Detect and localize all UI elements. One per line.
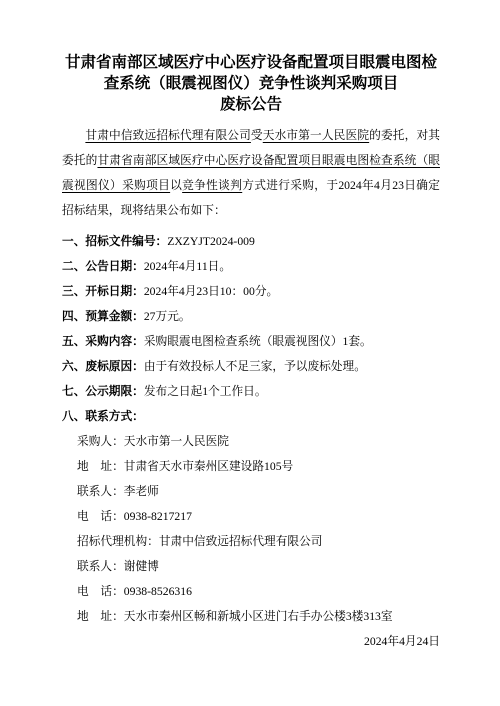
intro-segment: 受	[251, 129, 263, 142]
contact-purchaser: 采购人：天水市第一人民医院	[77, 429, 440, 454]
contact-value: 李老师	[124, 485, 159, 498]
item-value: 2024年4月11日。	[144, 260, 231, 273]
contact-label: 电 话：	[77, 585, 124, 598]
intro-segment: 以	[170, 179, 182, 192]
item-label: 二、公告日期：	[62, 260, 144, 273]
intro-segment-purchaser-name: 天水市第一人民医院	[263, 129, 369, 142]
contact-agency: 招标代理机构：甘肃中信致远招标代理有限公司	[77, 529, 440, 554]
item-cancellation-reason: 六、废标原因：由于有效投标人不足三家，予以废标处理。	[62, 354, 440, 379]
contact-value: 0938-8217217	[124, 510, 192, 523]
item-label: 八、联系方式：	[62, 410, 144, 423]
contact-value: 甘肃省天水市秦州区建设路105号	[124, 460, 293, 473]
intro-segment-agency-name: 甘肃中信致远招标代理有限公司	[85, 129, 251, 142]
contact-label: 联系人：	[77, 560, 124, 573]
item-bid-opening-date: 三、开标日期：2024年4月23日10：00分。	[62, 279, 440, 304]
issue-date-text: 2024年4月24日	[364, 635, 440, 648]
title-line-3-subtitle: 废标公告	[62, 94, 440, 115]
contact-label: 地 址：	[77, 610, 124, 623]
item-label: 六、废标原因：	[62, 360, 144, 373]
item-announcement-date: 二、公告日期：2024年4月11日。	[62, 254, 440, 279]
item-value: 由于有效投标人不足三家，予以废标处理。	[144, 360, 366, 373]
item-tender-doc-number: 一、招标文件编号：ZXZYJT2024-009	[62, 229, 440, 254]
title-line-1: 甘肃省南部区域医疗中心医疗设备配置项目眼震电图检	[62, 52, 440, 73]
intro-paragraph: 甘肃中信致远招标代理有限公司受天水市第一人民医院的委托，对其委托的甘肃省南部区域…	[62, 123, 440, 223]
contact-label: 采购人：	[77, 435, 124, 448]
intro-segment-procurement-method: 竞争性谈判	[182, 179, 242, 192]
contact-agency-phone: 电 话：0938-8526316	[77, 579, 440, 604]
contact-value: 谢健博	[124, 560, 159, 573]
item-value: 采购眼震电图检查系统（眼震视图仪）1套。	[144, 335, 372, 348]
item-budget-amount: 四、预算金额：27万元。	[62, 304, 440, 329]
item-label: 七、公示期限：	[62, 385, 144, 398]
item-value: 2024年4月23日10：00分。	[144, 285, 278, 298]
item-value: ZXZYJT2024-009	[167, 235, 255, 248]
item-label: 四、预算金额：	[62, 310, 144, 323]
contact-purchaser-phone: 电 话：0938-8217217	[77, 504, 440, 529]
item-procurement-content: 五、采购内容：采购眼震电图检查系统（眼震视图仪）1套。	[62, 329, 440, 354]
contact-purchaser-person: 联系人：李老师	[77, 479, 440, 504]
item-value: 发布之日起1个工作日。	[144, 385, 267, 398]
contact-value: 0938-8526316	[124, 585, 192, 598]
contact-label: 地 址：	[77, 460, 124, 473]
item-publicity-period: 七、公示期限：发布之日起1个工作日。	[62, 379, 440, 404]
contact-value: 甘肃中信致远招标代理有限公司	[159, 535, 323, 548]
item-label: 三、开标日期：	[62, 285, 144, 298]
document-title: 甘肃省南部区域医疗中心医疗设备配置项目眼震电图检 查系统（眼震视图仪）竞争性谈判…	[62, 52, 440, 115]
contact-label: 联系人：	[77, 485, 124, 498]
contact-purchaser-address: 地 址：甘肃省天水市秦州区建设路105号	[77, 454, 440, 479]
item-contact-info-heading: 八、联系方式：	[62, 404, 440, 429]
item-label: 一、招标文件编号：	[62, 235, 167, 248]
contact-label: 电 话：	[77, 510, 124, 523]
contact-section: 采购人：天水市第一人民医院 地 址：甘肃省天水市秦州区建设路105号 联系人：李…	[62, 429, 440, 629]
contact-agency-person: 联系人：谢健博	[77, 554, 440, 579]
contact-label: 招标代理机构：	[77, 535, 159, 548]
contact-value: 天水市第一人民医院	[124, 435, 229, 448]
item-label: 五、采购内容：	[62, 335, 144, 348]
contact-value: 天水市秦州区畅和新城小区进门右手办公楼3楼313室	[124, 610, 393, 623]
contact-agency-address: 地 址：天水市秦州区畅和新城小区进门右手办公楼3楼313室	[77, 604, 440, 629]
notice-items: 一、招标文件编号：ZXZYJT2024-009 二、公告日期：2024年4月11…	[62, 229, 440, 429]
issue-date: 2024年4月24日	[62, 629, 440, 654]
document-page: 甘肃省南部区域医疗中心医疗设备配置项目眼震电图检 查系统（眼震视图仪）竞争性谈判…	[0, 0, 500, 706]
item-value: 27万元。	[144, 310, 191, 323]
title-line-2: 查系统（眼震视图仪）竞争性谈判采购项目	[62, 73, 440, 94]
